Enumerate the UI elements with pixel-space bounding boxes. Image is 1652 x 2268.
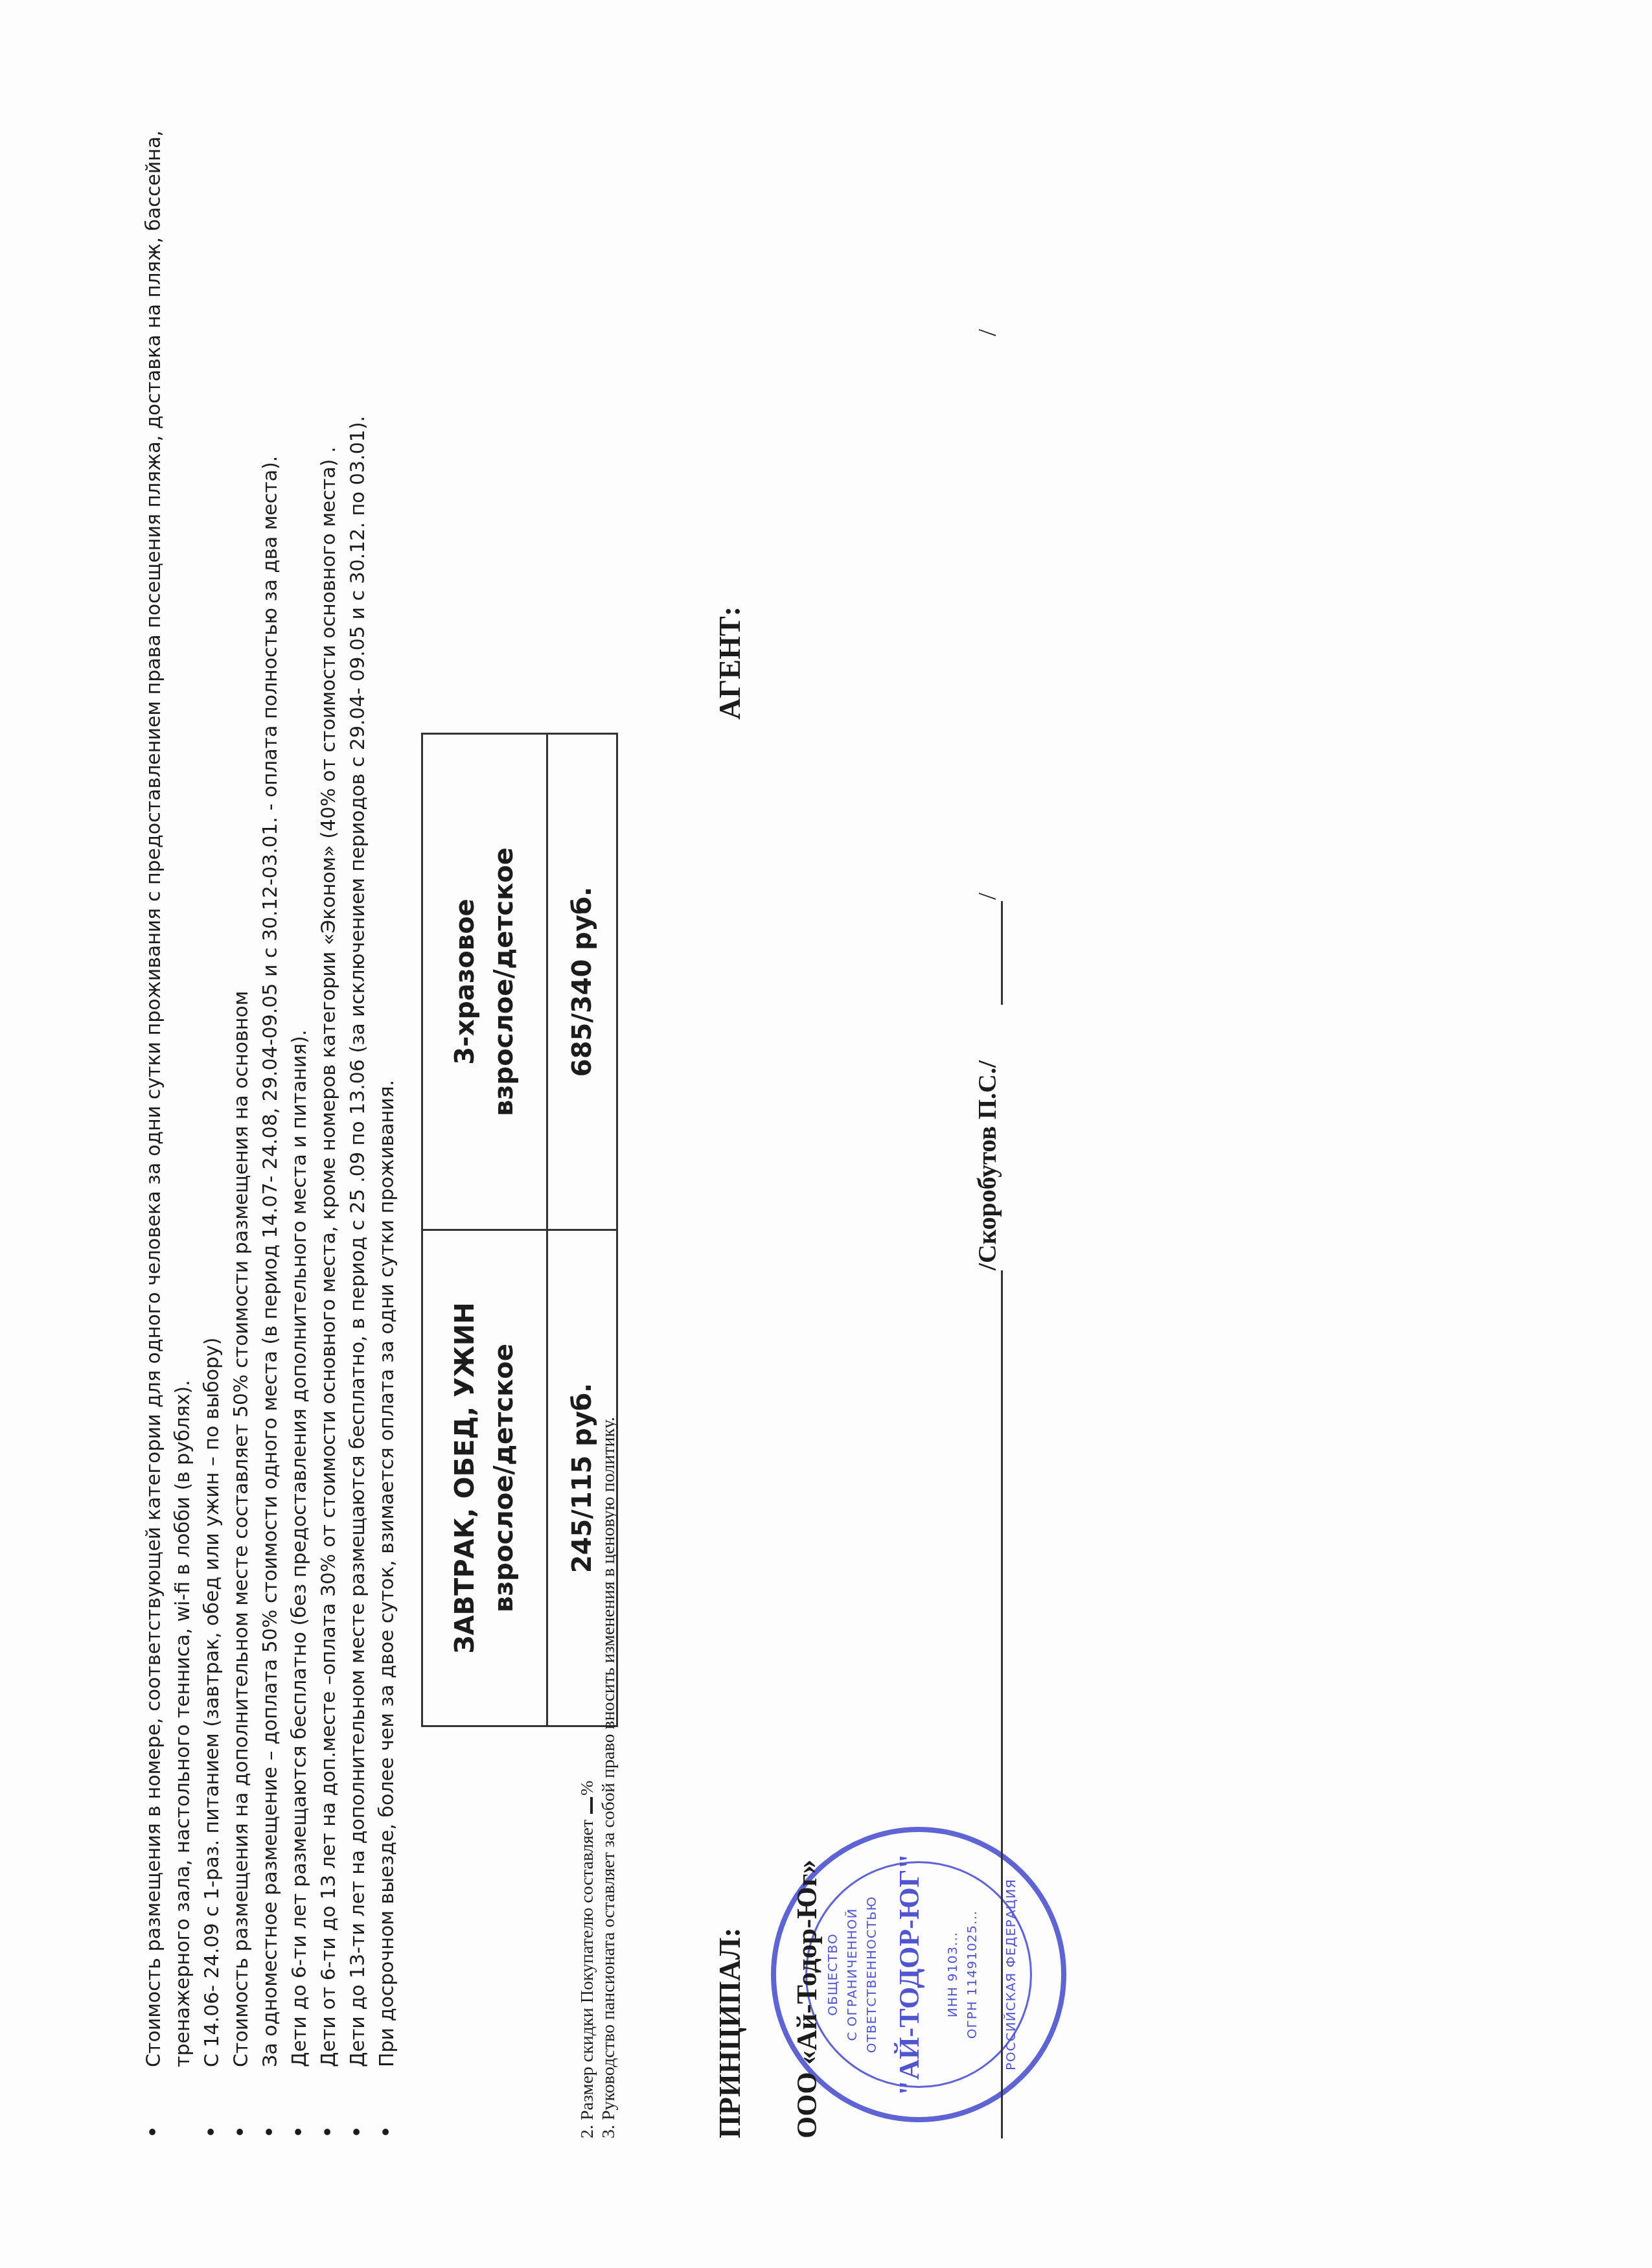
principal-company: ООО «Ай-Тодор-Юг» [790, 1860, 823, 2138]
condition-item: Дети до 13-ти лет на дополнительном мест… [343, 65, 373, 2138]
header-title: 3-хразовое [446, 748, 485, 1216]
principal-signature-line [1001, 1270, 1003, 2138]
agent-slash: / [972, 893, 1002, 900]
stamp-text: С ОГРАНИЧЕННОЙ [844, 1832, 860, 2117]
stamp-inn: ИНН 9103... [945, 1832, 960, 2117]
header-title: ЗАВТРАК, ОБЕД, УЖИН [446, 1244, 485, 1712]
discount-label: 2. Размер скидки Покупателю составляет [577, 1820, 597, 2138]
header-subtitle: взрослое/детское [485, 748, 523, 1216]
agent-label: АГЕНТ: [713, 606, 747, 720]
condition-item: За одноместное размещение – доплата 50% … [256, 65, 285, 2138]
table-cell: 685/340 руб. [547, 734, 617, 1230]
policy-note: 3. Руководство пансионата оставляет за с… [598, 1417, 619, 2138]
stamp-text: ОТВЕТСТВЕННОСТЬЮ [864, 1832, 879, 2117]
table-header-cell: ЗАВТРАК, ОБЕД, УЖИН взрослое/детское [422, 1230, 547, 1726]
principal-label: ПРИНЦИПАЛ: [713, 1927, 747, 2138]
stamp-text: РОССИЙСКАЯ ФЕДЕРАЦИЯ [1003, 1832, 1018, 2117]
agent-slash: / [972, 329, 1002, 336]
stamp-text: ОБЩЕСТВО [825, 1832, 840, 2117]
stamp-ogrn: ОГРН 11491025... [964, 1832, 980, 2117]
header-subtitle: взрослое/детское [485, 1244, 523, 1712]
table-header-row: ЗАВТРАК, ОБЕД, УЖИН взрослое/детское 3-х… [422, 734, 547, 1726]
condition-item: Стоимость размещения в номере, соответст… [139, 65, 198, 2138]
document-page: Стоимость размещения в номере, соответст… [0, 0, 1652, 2268]
table-header-cell: 3-хразовое взрослое/детское [422, 734, 547, 1230]
principal-signer: /Скоробутов П.С./ [972, 1060, 1002, 1270]
percent-sign: % [577, 1780, 597, 1795]
discount-note: 2. Размер скидки Покупателю составляет % [577, 1417, 598, 2138]
notes: 2. Размер скидки Покупателю составляет %… [577, 1417, 619, 2138]
condition-item: При досрочном выезде, более чем за двое … [373, 65, 402, 2138]
discount-blank [590, 1797, 593, 1814]
agent-signature-line [1001, 901, 1003, 1005]
pricing-conditions: Стоимость размещения в номере, соответст… [139, 65, 402, 2138]
condition-item: Дети до 6-ти лет размещаются бесплатно (… [285, 65, 314, 2138]
condition-item: Дети от 6-ти до 13 лет на доп.месте –опл… [314, 65, 343, 2138]
condition-item: Стоимость размещения на дополнительном м… [227, 65, 256, 2138]
condition-item: С 14.06- 24.09 с 1-раз. питанием (завтра… [198, 65, 227, 2138]
stamp-company-name: "АЙ-ТОДОР-ЮГ" [893, 1832, 926, 2117]
